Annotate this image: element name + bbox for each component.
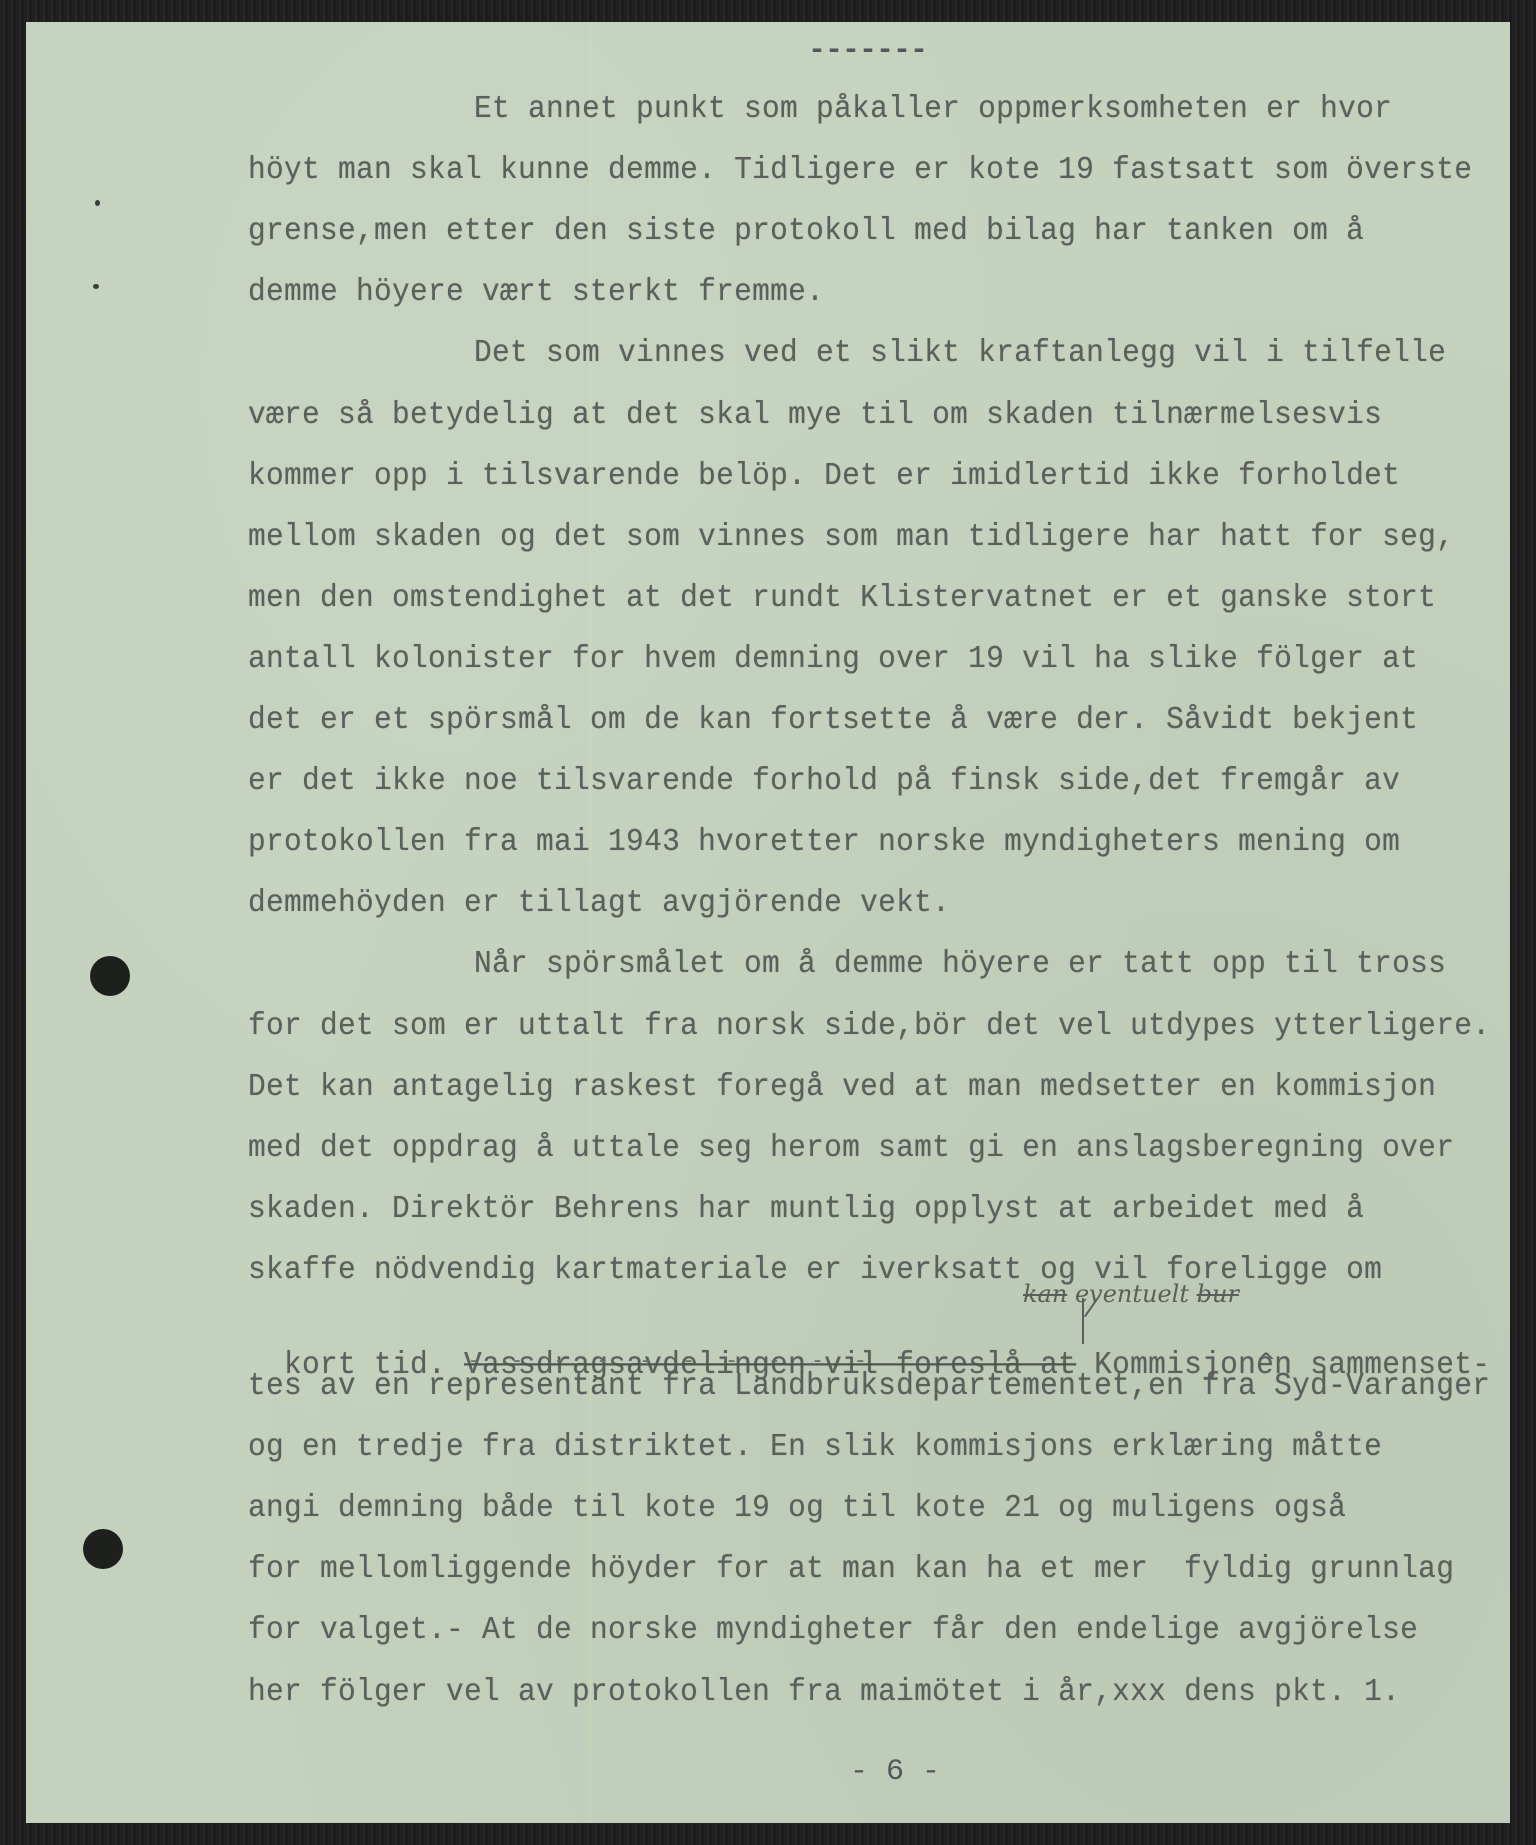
text-line: skaden. Direktör Behrens har muntlig opp… bbox=[248, 1187, 1364, 1230]
text-line: Et annet punkt som påkaller oppmerksomhe… bbox=[474, 87, 1392, 130]
text-line: med det oppdrag å uttale seg herom samt … bbox=[248, 1126, 1454, 1169]
text-line: det er et spörsmål om de kan fortsette å… bbox=[248, 698, 1418, 741]
text-line: her fölger vel av protokollen fra maimöt… bbox=[248, 1670, 1400, 1713]
margin-mark bbox=[95, 200, 100, 206]
punch-hole-bottom bbox=[83, 1529, 123, 1569]
header-rule: ------- bbox=[808, 34, 927, 68]
text-line: kommer opp i tilsvarende belöp. Det er i… bbox=[248, 454, 1400, 497]
text-line: for det som er uttalt fra norsk side,bör… bbox=[248, 1004, 1490, 1047]
text-line: höyt man skal kunne demme. Tidligere er … bbox=[248, 148, 1472, 191]
text-line: være så betydelig at det skal mye til om… bbox=[248, 393, 1382, 436]
text-line: Når spörsmålet om å demme höyere er tatt… bbox=[474, 942, 1446, 985]
text-line: for mellomliggende höyder for at man kan… bbox=[248, 1547, 1454, 1590]
margin-mark bbox=[93, 284, 99, 289]
punch-hole-top bbox=[90, 956, 130, 996]
text-line: grense,men etter den siste protokoll med… bbox=[248, 209, 1364, 252]
text-line: og en tredje fra distriktet. En slik kom… bbox=[248, 1425, 1382, 1468]
text-line: protokollen fra mai 1943 hvoretter norsk… bbox=[248, 820, 1400, 863]
page-number: - 6 - bbox=[850, 1755, 940, 1789]
text-line: tes av en representant fra Landbruksdepa… bbox=[248, 1364, 1490, 1407]
text-line: demmehöyden er tillagt avgjörende vekt. bbox=[248, 881, 950, 924]
text-line: Det som vinnes ved et slikt kraftanlegg … bbox=[474, 331, 1446, 374]
text-line: antall kolonister for hvem demning over … bbox=[248, 637, 1418, 680]
text-line: mellom skaden og det som vinnes som man … bbox=[248, 515, 1454, 558]
text-line: Det kan antagelig raskest foregå ved at … bbox=[248, 1065, 1436, 1108]
text-line: for valget.- At de norske myndigheter få… bbox=[248, 1608, 1418, 1651]
text-line: men den omstendighet at det rundt Kliste… bbox=[248, 576, 1436, 619]
text-line: demme höyere vært sterkt fremme. bbox=[248, 270, 824, 313]
text-line: er det ikke noe tilsvarende forhold på f… bbox=[248, 759, 1400, 802]
text-line: angi demning både til kote 19 og til kot… bbox=[248, 1486, 1346, 1529]
